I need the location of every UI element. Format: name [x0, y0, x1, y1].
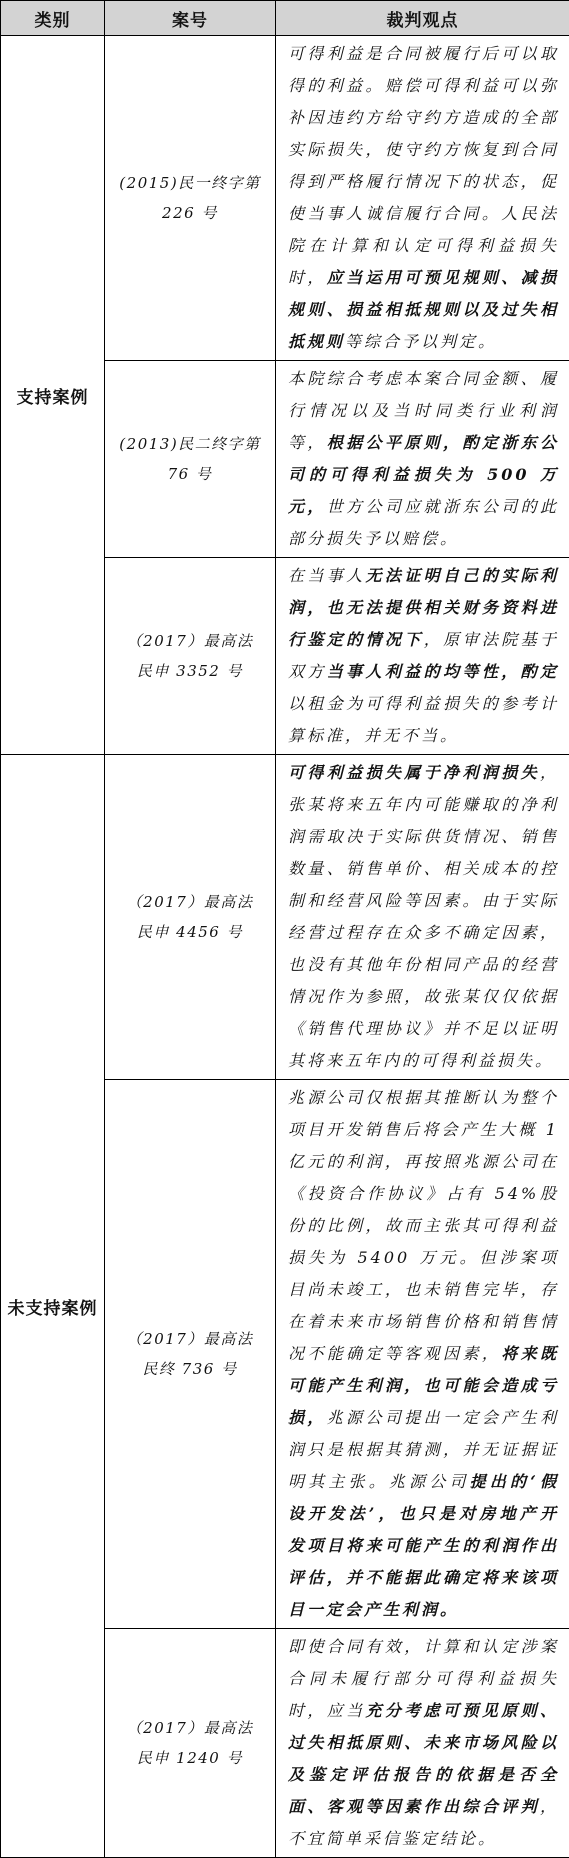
judicial-opinion: 本院综合考虑本案合同金额、履行情况以及当时同类行业利润等，根据公平原则，酌定浙东…: [276, 361, 569, 558]
header-case-number: 案号: [105, 1, 276, 36]
judicial-opinion: 可得利益损失属于净利润损失，张某将来五年内可能赚取的净利润需取决于实际供货情况、…: [276, 755, 569, 1080]
header-category: 类别: [1, 1, 105, 36]
case-number: （2017）最高法民申 4456 号: [105, 755, 276, 1080]
judicial-opinion: 即使合同有效，计算和认定涉案合同未履行部分可得利益损失时，应当充分考虑可预见原则…: [276, 1629, 569, 1858]
case-number: (2015)民一终字第 226 号: [105, 36, 276, 361]
case-number: （2017）最高法民申 3352 号: [105, 558, 276, 755]
case-number: (2013)民二终字第 76 号: [105, 361, 276, 558]
judicial-opinion: 可得利益是合同被履行后可以取得的利益。赔偿可得利益可以弥补因违约方给守约方造成的…: [276, 36, 569, 361]
judicial-opinion: 在当事人无法证明自己的实际利润，也无法提供相关财务资料进行鉴定的情况下，原审法院…: [276, 558, 569, 755]
table-row: 支持案例 (2015)民一终字第 226 号 可得利益是合同被履行后可以取得的利…: [1, 36, 569, 361]
case-comparison-table: 类别 案号 裁判观点 支持案例 (2015)民一终字第 226 号 可得利益是合…: [0, 0, 569, 1858]
judicial-opinion: 兆源公司仅根据其推断认为整个项目开发销售后将会产生大概 1 亿元的利润，再按照兆…: [276, 1080, 569, 1629]
table-row: 未支持案例 （2017）最高法民申 4456 号 可得利益损失属于净利润损失，张…: [1, 755, 569, 1080]
case-number: （2017）最高法民申 1240 号: [105, 1629, 276, 1858]
header-judicial-opinion: 裁判观点: [276, 1, 569, 36]
category-unsupported: 未支持案例: [1, 755, 105, 1858]
header-row: 类别 案号 裁判观点: [1, 1, 569, 36]
category-supported: 支持案例: [1, 36, 105, 755]
case-number: （2017）最高法民终 736 号: [105, 1080, 276, 1629]
